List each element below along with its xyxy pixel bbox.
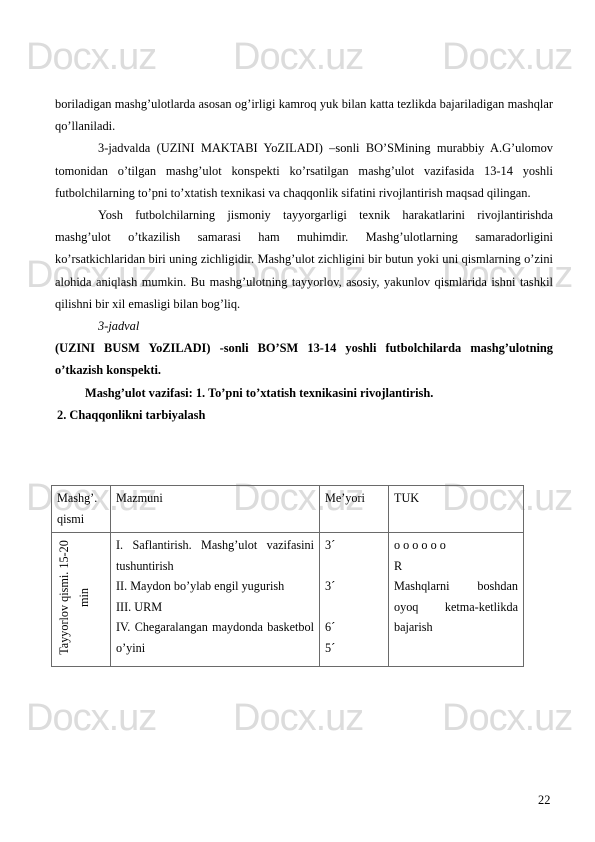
norm-value: [325, 556, 383, 577]
document-body: boriladigan mashg’ulotlarda asosan og’ir…: [55, 93, 553, 426]
cell-tuk: o o o o o o R Mashqlarni boshdan oyoq ke…: [389, 533, 524, 667]
table-row: Tayyorlov qismi. 15-20 min I. Saflantiri…: [52, 533, 524, 667]
content-item: I. Saflantirish. Mashg’ulot vazifasini t…: [116, 535, 314, 576]
watermark-row: Docx.uz Docx.uz Docx.uz: [0, 698, 595, 738]
watermark: Docx.uz: [233, 698, 363, 738]
table-header-row: Mashg’. qismi Mazmuni Me’yori TUK: [52, 486, 524, 533]
lesson-plan-table: Mashg’. qismi Mazmuni Me’yori TUK Tayyor…: [51, 485, 524, 667]
watermark-row: Docx.uz Docx.uz Docx.uz: [0, 37, 595, 77]
formation-symbols: o o o o o o: [394, 535, 518, 556]
cell-content: I. Saflantirish. Mashg’ulot vazifasini t…: [111, 533, 320, 667]
paragraph: Yosh futbolchilarning jismoniy tayyorgar…: [55, 204, 553, 315]
cell-norm: 3´ 3´ 6´ 5´: [320, 533, 389, 667]
content-item: II. Maydon bo’ylab engil yugurish: [116, 576, 314, 597]
watermark: Docx.uz: [442, 37, 572, 77]
watermark: Docx.uz: [26, 698, 156, 738]
paragraph: boriladigan mashg’ulotlarda asosan og’ir…: [55, 93, 553, 137]
content-item: III. URM: [116, 597, 314, 618]
norm-value: 3´: [325, 576, 383, 597]
watermark: Docx.uz: [26, 37, 156, 77]
task-line-1: Mashg’ulot vazifasi: 1. To’pni to’xtatis…: [55, 382, 553, 404]
watermark: Docx.uz: [442, 698, 572, 738]
header-part: Mashg’. qismi: [52, 486, 111, 533]
rotated-part-label: Tayyorlov qismi. 15-20 min: [54, 533, 102, 662]
watermark: Docx.uz: [233, 37, 363, 77]
formation-marker: R: [394, 556, 518, 577]
content-item: IV. Chegaralangan maydonda basketbol o’y…: [116, 617, 314, 658]
paragraph: 3-jadvalda (UZINI MAKTABI YoZILADI) –son…: [55, 137, 553, 204]
norm-value: 6´: [325, 617, 383, 638]
page-number: 22: [538, 793, 550, 808]
norm-value: 3´: [325, 535, 383, 556]
table-caption: 3-jadval: [55, 315, 553, 337]
tuk-note: Mashqlarni boshdan oyoq ketma-ketlikda b…: [394, 576, 518, 638]
cell-part: Tayyorlov qismi. 15-20 min: [52, 533, 111, 667]
norm-value: [325, 597, 383, 618]
header-content: Mazmuni: [111, 486, 320, 533]
norm-value: 5´: [325, 638, 383, 659]
header-norm: Me’yori: [320, 486, 389, 533]
task-line-2: 2. Chaqqonlikni tarbiyalash: [55, 404, 553, 426]
header-tuk: TUK: [389, 486, 524, 533]
table-title: (UZINI BUSM YoZILADI) -sonli BO’SM 13-14…: [55, 337, 553, 381]
